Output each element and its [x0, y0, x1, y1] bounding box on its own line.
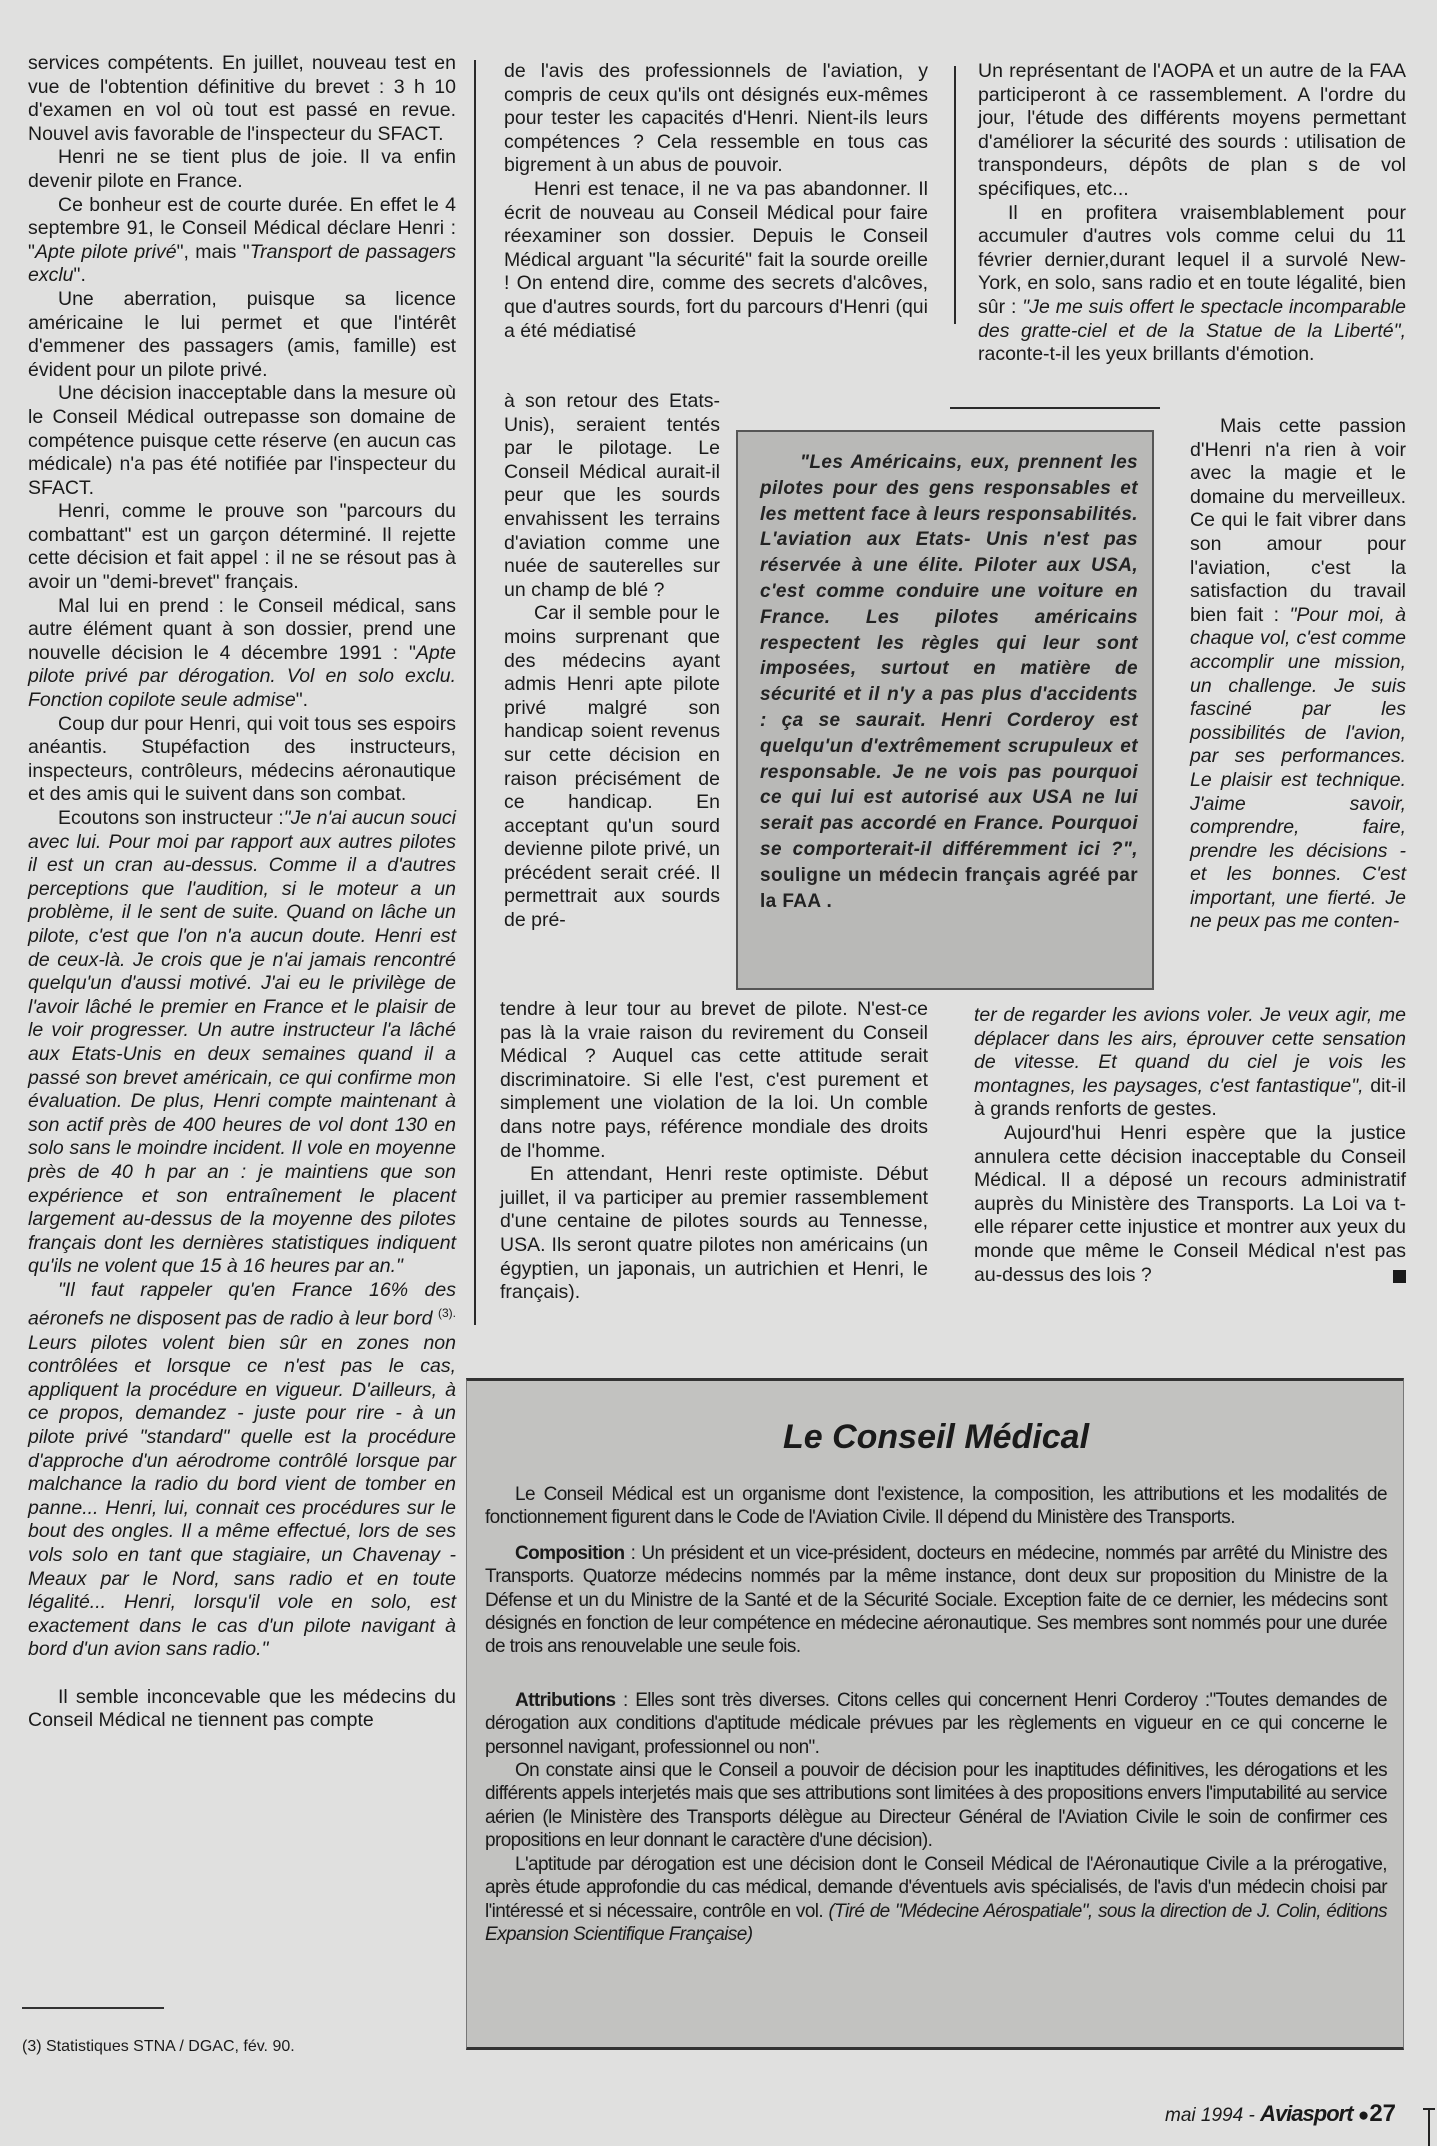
sidebar-box-conseil-medical: Le Conseil Médical Le Conseil Médical es… [466, 1378, 1404, 2050]
article-column-3-top: Un représentant de l'AOPA et un autre de… [978, 60, 1406, 367]
bullet-icon: ● [1358, 2105, 1369, 2126]
paragraph: Ecoutons son instructeur :"Je n'ai aucun… [28, 807, 456, 1279]
article-column-2-narrow: à son retour des Etats-Unis), seraient t… [504, 390, 720, 933]
paragraph: Il en profitera vraisemblablement pour a… [978, 202, 1406, 367]
paragraph: services compétents. En juillet, nouveau… [28, 52, 456, 146]
sidebar-paragraph: On constate ainsi que le Conseil a pouvo… [485, 1759, 1387, 1853]
paragraph: ter de regarder les avions voler. Je veu… [974, 1004, 1406, 1122]
column-divider [954, 66, 956, 324]
column-divider [474, 60, 476, 1325]
footnote-divider [22, 2007, 164, 2009]
magazine-page: services compétents. En juillet, nouveau… [0, 0, 1437, 2146]
page-folio: mai 1994 - Aviasport ●27 [1165, 2100, 1396, 2128]
page-number: 27 [1369, 2100, 1396, 2127]
sidebar-attributions: Attributions : Elles sont très diverses.… [485, 1689, 1387, 1759]
magazine-name: Aviasport [1260, 2101, 1352, 2126]
paragraph: Coup dur pour Henri, qui voit tous ses e… [28, 713, 456, 807]
article-column-3-narrow: Mais cette passion d'Henri n'a rien à vo… [1190, 415, 1406, 934]
paragraph: Ce bonheur est de courte durée. En effet… [28, 194, 456, 288]
instructor-quote: "Je n'ai aucun souci avec lui. Pour moi … [28, 807, 456, 1277]
paragraph: Henri, comme le prouve son "parcours du … [28, 500, 456, 594]
paragraph: Une aberration, puisque sa licence améri… [28, 288, 456, 382]
pull-quote-attribution: souligne un médecin français agréé par l… [760, 865, 1138, 912]
pull-quote-text: "Les Américains, eux, prennent les pilot… [760, 452, 1138, 860]
paragraph: Un représentant de l'AOPA et un autre de… [978, 60, 1406, 202]
crop-mark-icon [1428, 2108, 1430, 2146]
end-of-article-icon [1393, 1270, 1406, 1283]
paragraph: Henri ne se tient plus de joie. Il va en… [28, 146, 456, 193]
paragraph: En attendant, Henri reste optimiste. Déb… [500, 1163, 928, 1305]
paragraph: Il semble inconcevable que les médecins … [28, 1686, 456, 1733]
paragraph: tendre à leur tour au brevet de pilote. … [500, 998, 928, 1163]
paragraph: Une décision inacceptable dans la mesure… [28, 382, 456, 500]
section-divider [950, 407, 1160, 409]
article-column-2-tail: tendre à leur tour au brevet de pilote. … [500, 998, 928, 1305]
paragraph: Mais cette passion d'Henri n'a rien à vo… [1190, 415, 1406, 934]
footnote: (3) Statistiques STNA / DGAC, fév. 90. [22, 2038, 295, 2056]
sidebar-intro: Le Conseil Médical est un organisme dont… [485, 1483, 1387, 1530]
paragraph: Mal lui en prend : le Conseil médical, s… [28, 595, 456, 713]
footnote-reference: (3). [438, 1306, 456, 1320]
paragraph: de l'avis des professionnels de l'aviati… [504, 60, 928, 178]
pull-quote-box: "Les Américains, eux, prennent les pilot… [736, 430, 1154, 990]
sidebar-paragraph: L'aptitude par dérogation est une décisi… [485, 1853, 1387, 1947]
sidebar-composition: Composition : Un président et un vice-pr… [485, 1542, 1387, 1659]
paragraph: Car il semble pour le moins surprenant q… [504, 602, 720, 932]
paragraph: Henri est tenace, il ne va pas abandonne… [504, 178, 928, 343]
sidebar-title: Le Conseil Médical [485, 1417, 1387, 1457]
article-column-1: services compétents. En juillet, nouveau… [28, 52, 456, 1733]
article-column-2-top: de l'avis des professionnels de l'aviati… [504, 60, 928, 343]
article-column-3-tail: ter de regarder les avions voler. Je veu… [974, 1004, 1406, 1287]
paragraph: Aujourd'hui Henri espère que la justice … [974, 1122, 1406, 1287]
issue-date: mai 1994 - [1165, 2105, 1255, 2126]
radio-quote: "Il faut rappeler qu'en France 16% des a… [28, 1279, 456, 1662]
paragraph: à son retour des Etats-Unis), seraient t… [504, 390, 720, 602]
